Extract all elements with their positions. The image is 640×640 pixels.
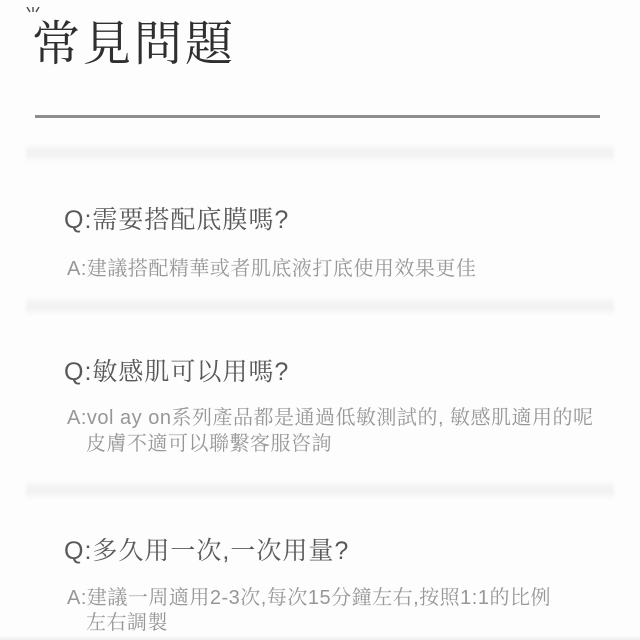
bottom-edge-shadow (0, 635, 640, 640)
faq-question: Q:敏感肌可以用嗎? (64, 352, 289, 388)
page-title: 常見問題 (32, 16, 236, 74)
section-seam (26, 480, 614, 500)
faq-answer-line: 左右調製 (86, 606, 168, 635)
faq-page: 常見問題 Q:需要搭配底膜嗎? A:建議搭配精華或者肌底液打底使用效果更佳 Q:… (0, 0, 640, 640)
faq-answer-line: 皮膚不適可以聯繫客服咨詢 (86, 427, 332, 456)
faq-answer-line: A:建議搭配精華或者肌底液打底使用效果更佳 (67, 252, 476, 281)
faq-question: Q:多久用一次,一次用量? (64, 531, 349, 567)
title-underline (35, 115, 600, 118)
section-seam (26, 296, 614, 316)
section-seam (26, 143, 614, 163)
faq-question: Q:需要搭配底膜嗎? (64, 200, 289, 236)
faq-answer-line: A:vol ay on系列產品都是通過低敏測試的, 敏感肌適用的呢 (67, 401, 594, 430)
